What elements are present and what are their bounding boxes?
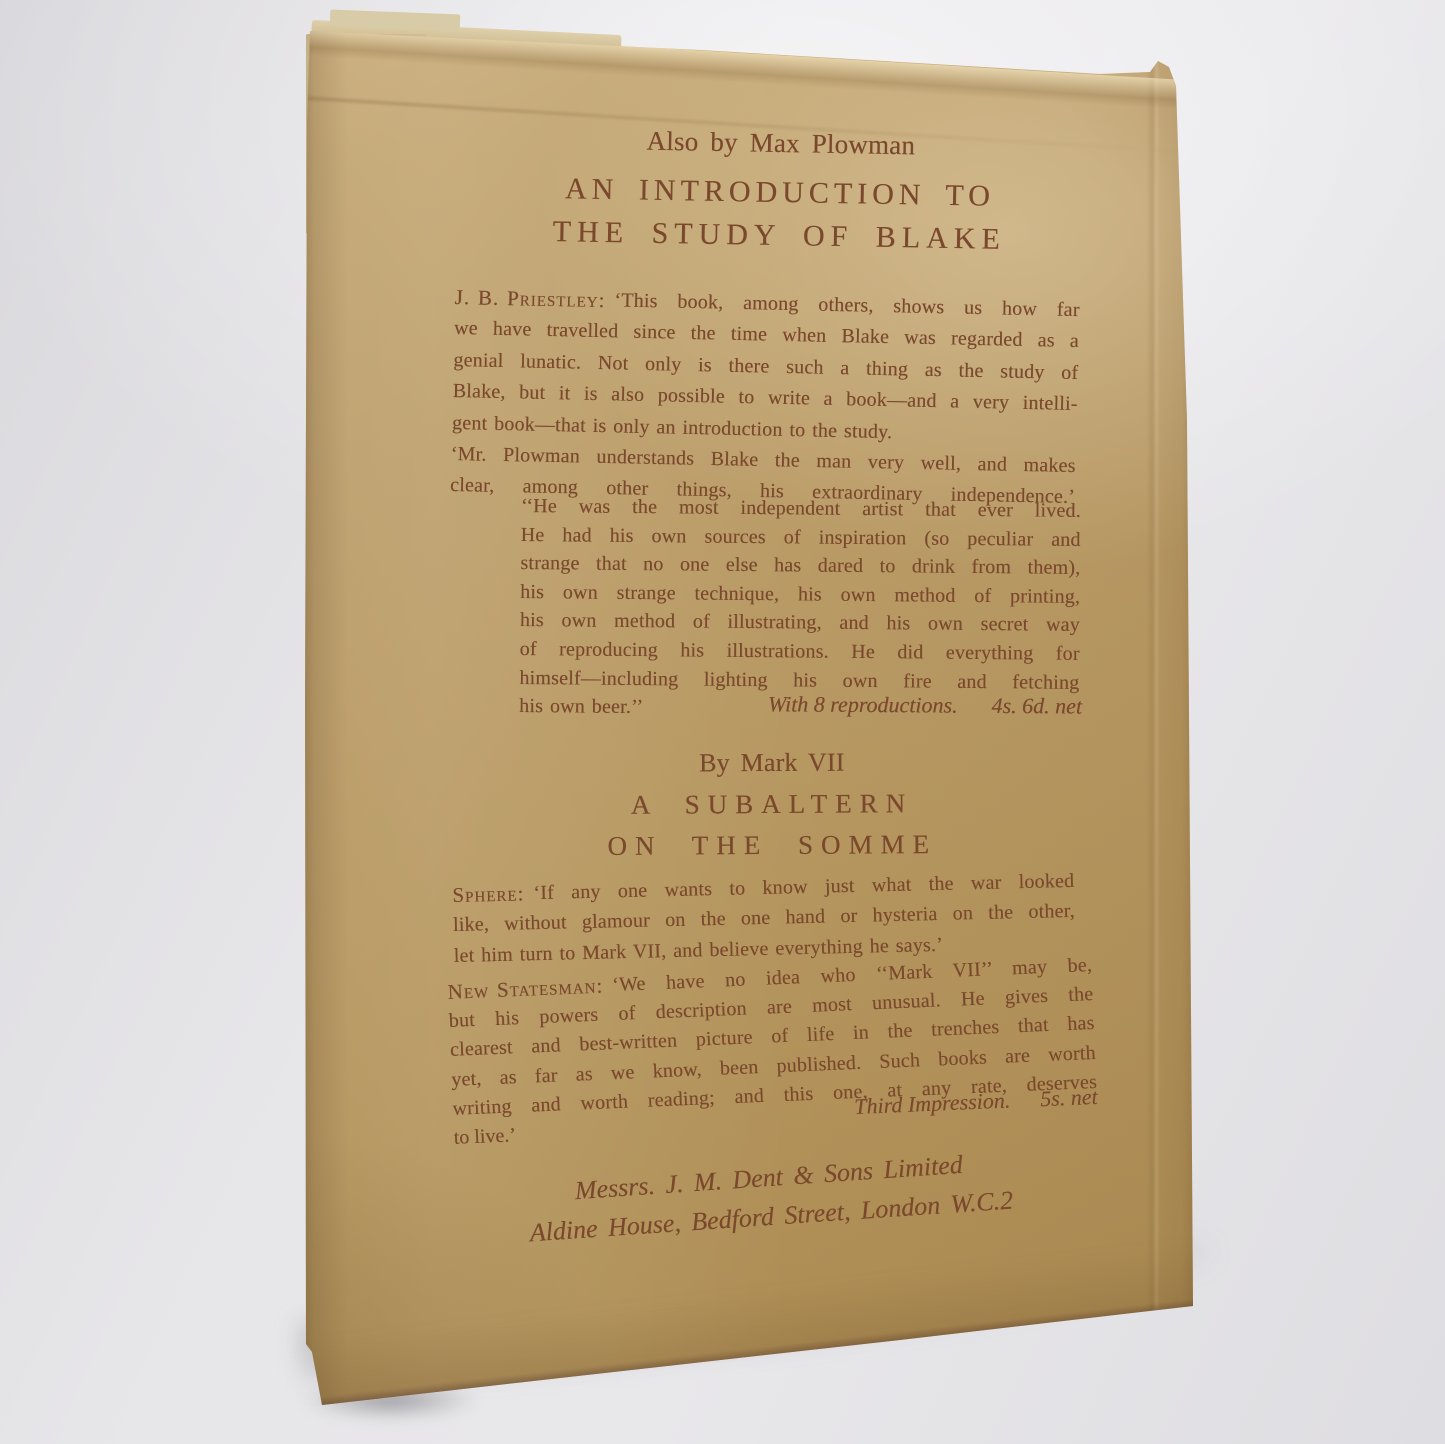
photo-scene: Also by Max Plowman AN INTRODUCTION TO T… <box>0 0 1445 1444</box>
text-line: ‘‘He was the most independent artist tha… <box>521 492 1081 525</box>
somme-title-line1: A SUBALTERN <box>452 787 1092 821</box>
blake-edition-note: With 8 reproductions. 4s. 6d. net <box>650 690 1082 719</box>
text-line: strange that no one else has dared to dr… <box>520 549 1080 582</box>
review-last-words: to live.’ <box>453 1121 516 1153</box>
text-line: of reproducing his illustrations. He did… <box>520 635 1080 668</box>
publisher-imprint: Messrs. J. M. Dent & Sons Limited Aldine… <box>448 1136 1092 1257</box>
reproductions-note: With 8 reproductions. <box>768 691 958 718</box>
somme-heading: By Mark VII A SUBALTERN ON THE SOMME <box>452 746 1093 862</box>
reviewer-name: J. B. Priestley: <box>454 282 605 317</box>
new-statesman-review: New Statesman: ‘We have no idea who ‘‘Ma… <box>447 951 1099 1153</box>
review-lines: we have travelled since the time when Bl… <box>452 313 1079 452</box>
impression-note: Third Impression. <box>854 1086 1011 1122</box>
also-by-line: Also by Max Plowman <box>456 122 1106 164</box>
blake-title-line2: THE STUDY OF BLAKE <box>454 213 1104 258</box>
reviewer-name: Sphere: <box>452 878 525 910</box>
somme-price: 5s. net <box>1040 1082 1099 1114</box>
priestley-review: J. B. Priestley: ‘This book, among other… <box>452 282 1080 452</box>
blake-heading: Also by Max Plowman AN INTRODUCTION TO T… <box>454 122 1106 258</box>
blake-title-line1: AN INTRODUCTION TO <box>455 170 1105 215</box>
somme-title-line2: ON THE SOMME <box>452 828 1092 862</box>
blake-price: 4s. 6d. net <box>991 693 1082 720</box>
by-mark-vii-line: By Mark VII <box>452 746 1092 779</box>
